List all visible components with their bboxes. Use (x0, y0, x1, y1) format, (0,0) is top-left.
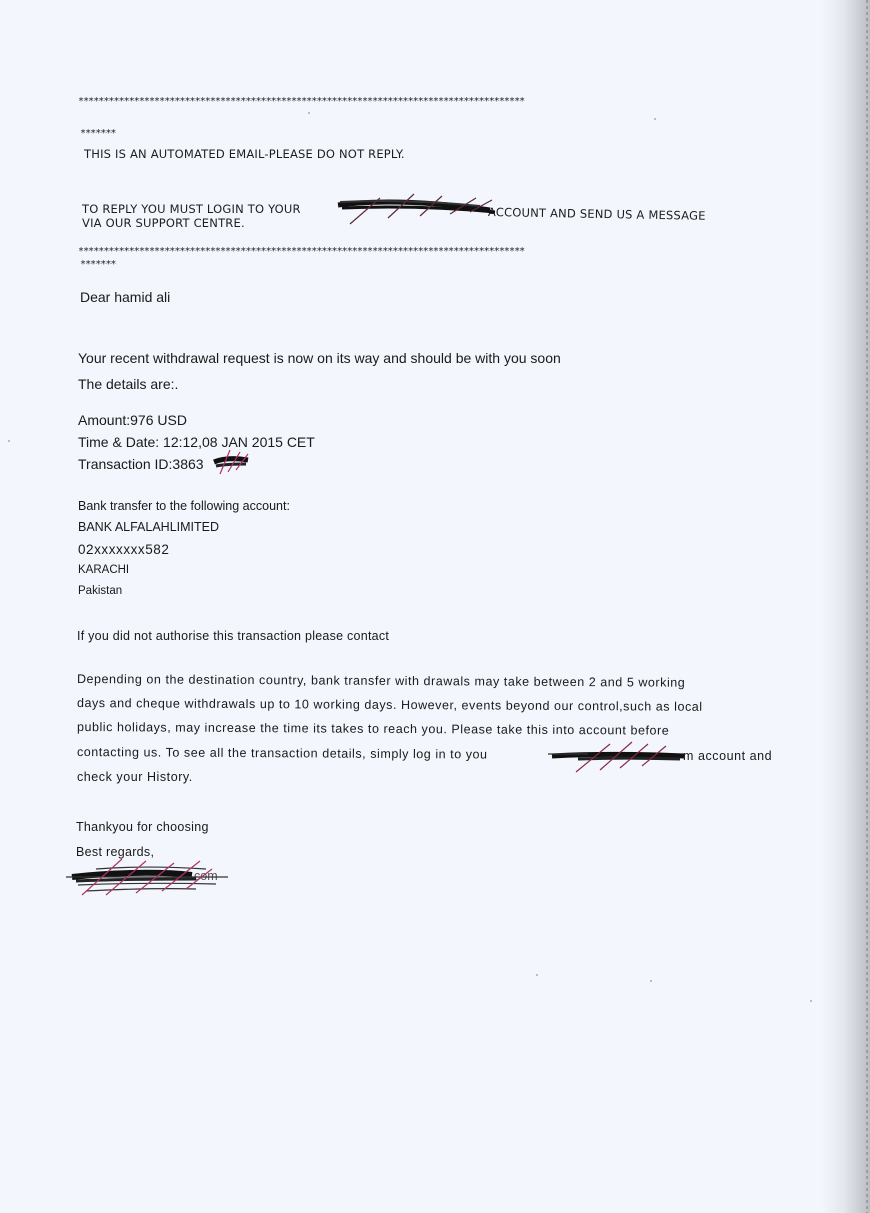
automated-email-notice: THIS IS AN AUTOMATED EMAIL-PLEASE DO NOT… (84, 147, 405, 161)
asterisk-divider-top-continued: ******* (80, 128, 116, 139)
redaction-scribble-site-name (548, 738, 688, 774)
scanned-page-edge (822, 0, 870, 1213)
bank-city: KARACHI (78, 564, 129, 576)
bank-name: BANK ALFALAHLIMITED (78, 520, 219, 534)
redaction-scribble-account-name (330, 188, 500, 230)
reply-instruction-end: ACCOUNT AND SEND US A MESSAGE (488, 205, 706, 223)
scan-speck (810, 1000, 812, 1002)
closing-regards: Best regards, (76, 845, 154, 859)
scan-speck (308, 112, 310, 114)
info-paragraph-line-5: check your History. (77, 770, 193, 784)
redaction-scribble-transaction-id (212, 448, 252, 476)
reply-instruction-line-2: VIA OUR SUPPORT CENTRE. (82, 216, 245, 230)
bank-country: Pakistan (78, 585, 122, 597)
info-paragraph-line-4-end: m account and (683, 749, 772, 763)
withdrawal-intro: Your recent withdrawal request is now on… (78, 350, 561, 366)
info-paragraph-line-1: Depending on the destination country, ba… (77, 672, 685, 690)
asterisk-divider-top: ****************************************… (78, 96, 524, 107)
details-label: The details are:. (78, 376, 178, 392)
signature-suffix: com (194, 869, 218, 883)
info-paragraph-line-3: public holidays, may increase the time i… (77, 720, 669, 738)
transaction-id-value: Transaction ID:3863 (78, 456, 204, 472)
reply-instruction-start: TO REPLY YOU MUST LOGIN TO YOUR (82, 202, 301, 216)
closing-thanks: Thankyou for choosing (76, 820, 209, 834)
scan-speck (536, 974, 538, 976)
bank-account-number: 02xxxxxxx582 (78, 542, 169, 557)
scan-speck (654, 118, 656, 120)
scan-speck (650, 980, 652, 982)
unauthorised-notice: If you did not authorise this transactio… (77, 629, 389, 643)
bank-transfer-label: Bank transfer to the following account: (78, 499, 290, 513)
info-paragraph-line-2: days and cheque withdrawals up to 10 wor… (77, 696, 703, 714)
amount-value: Amount:976 USD (78, 412, 187, 428)
info-paragraph-line-4-start: contacting us. To see all the transactio… (77, 745, 488, 762)
greeting: Dear hamid ali (80, 289, 170, 305)
time-date-value: Time & Date: 12:12,08 JAN 2015 CET (78, 434, 315, 450)
asterisk-divider-bottom: ****************************************… (78, 246, 524, 257)
asterisk-divider-bottom-continued: ******* (80, 259, 116, 270)
scan-speck (8, 440, 10, 442)
